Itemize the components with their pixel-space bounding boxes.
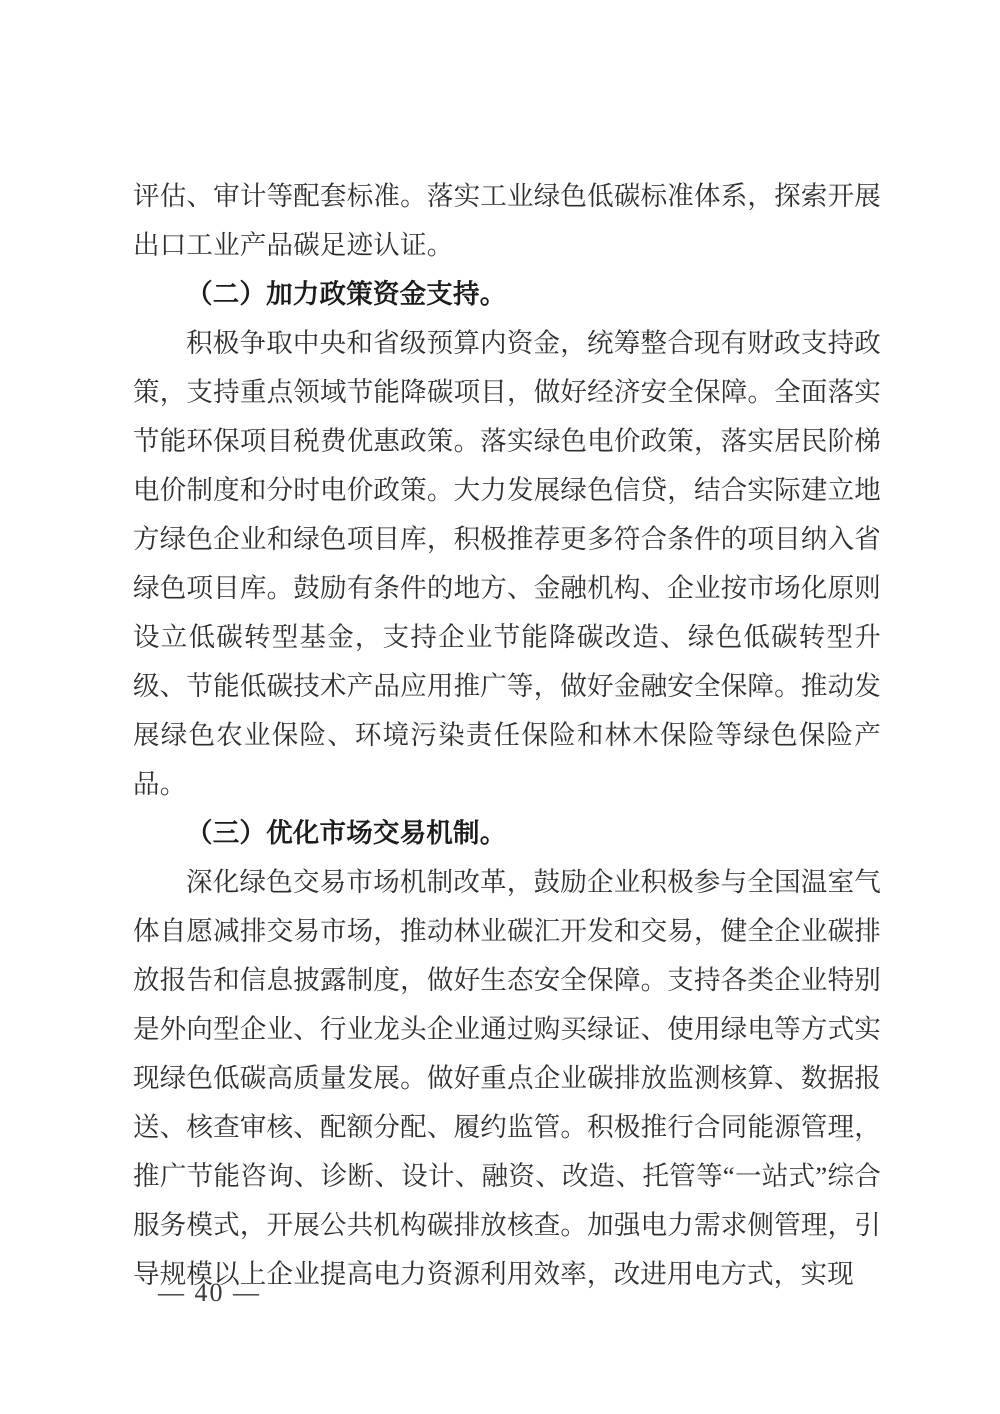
paragraph-section-3: 深化绿色交易市场机制改革，鼓励企业积极参与全国温室气体自愿减排交易市场，推动林业… [133,858,881,1299]
section-heading-3: （三）优化市场交易机制。 [133,809,881,858]
document-body: 评估、审计等配套标准。落实工业绿色低碳标准体系，探索开展出口工业产品碳足迹认证。… [133,172,881,1299]
document-page: 评估、审计等配套标准。落实工业绿色低碳标准体系，探索开展出口工业产品碳足迹认证。… [0,0,1000,1414]
page-number: — 40 — [158,1278,261,1308]
paragraph-continuation: 评估、审计等配套标准。落实工业绿色低碳标准体系，探索开展出口工业产品碳足迹认证。 [133,172,881,270]
paragraph-section-2: 积极争取中央和省级预算内资金，统筹整合现有财政支持政策，支持重点领域节能降碳项目… [133,319,881,809]
section-heading-2: （二）加力政策资金支持。 [133,270,881,319]
